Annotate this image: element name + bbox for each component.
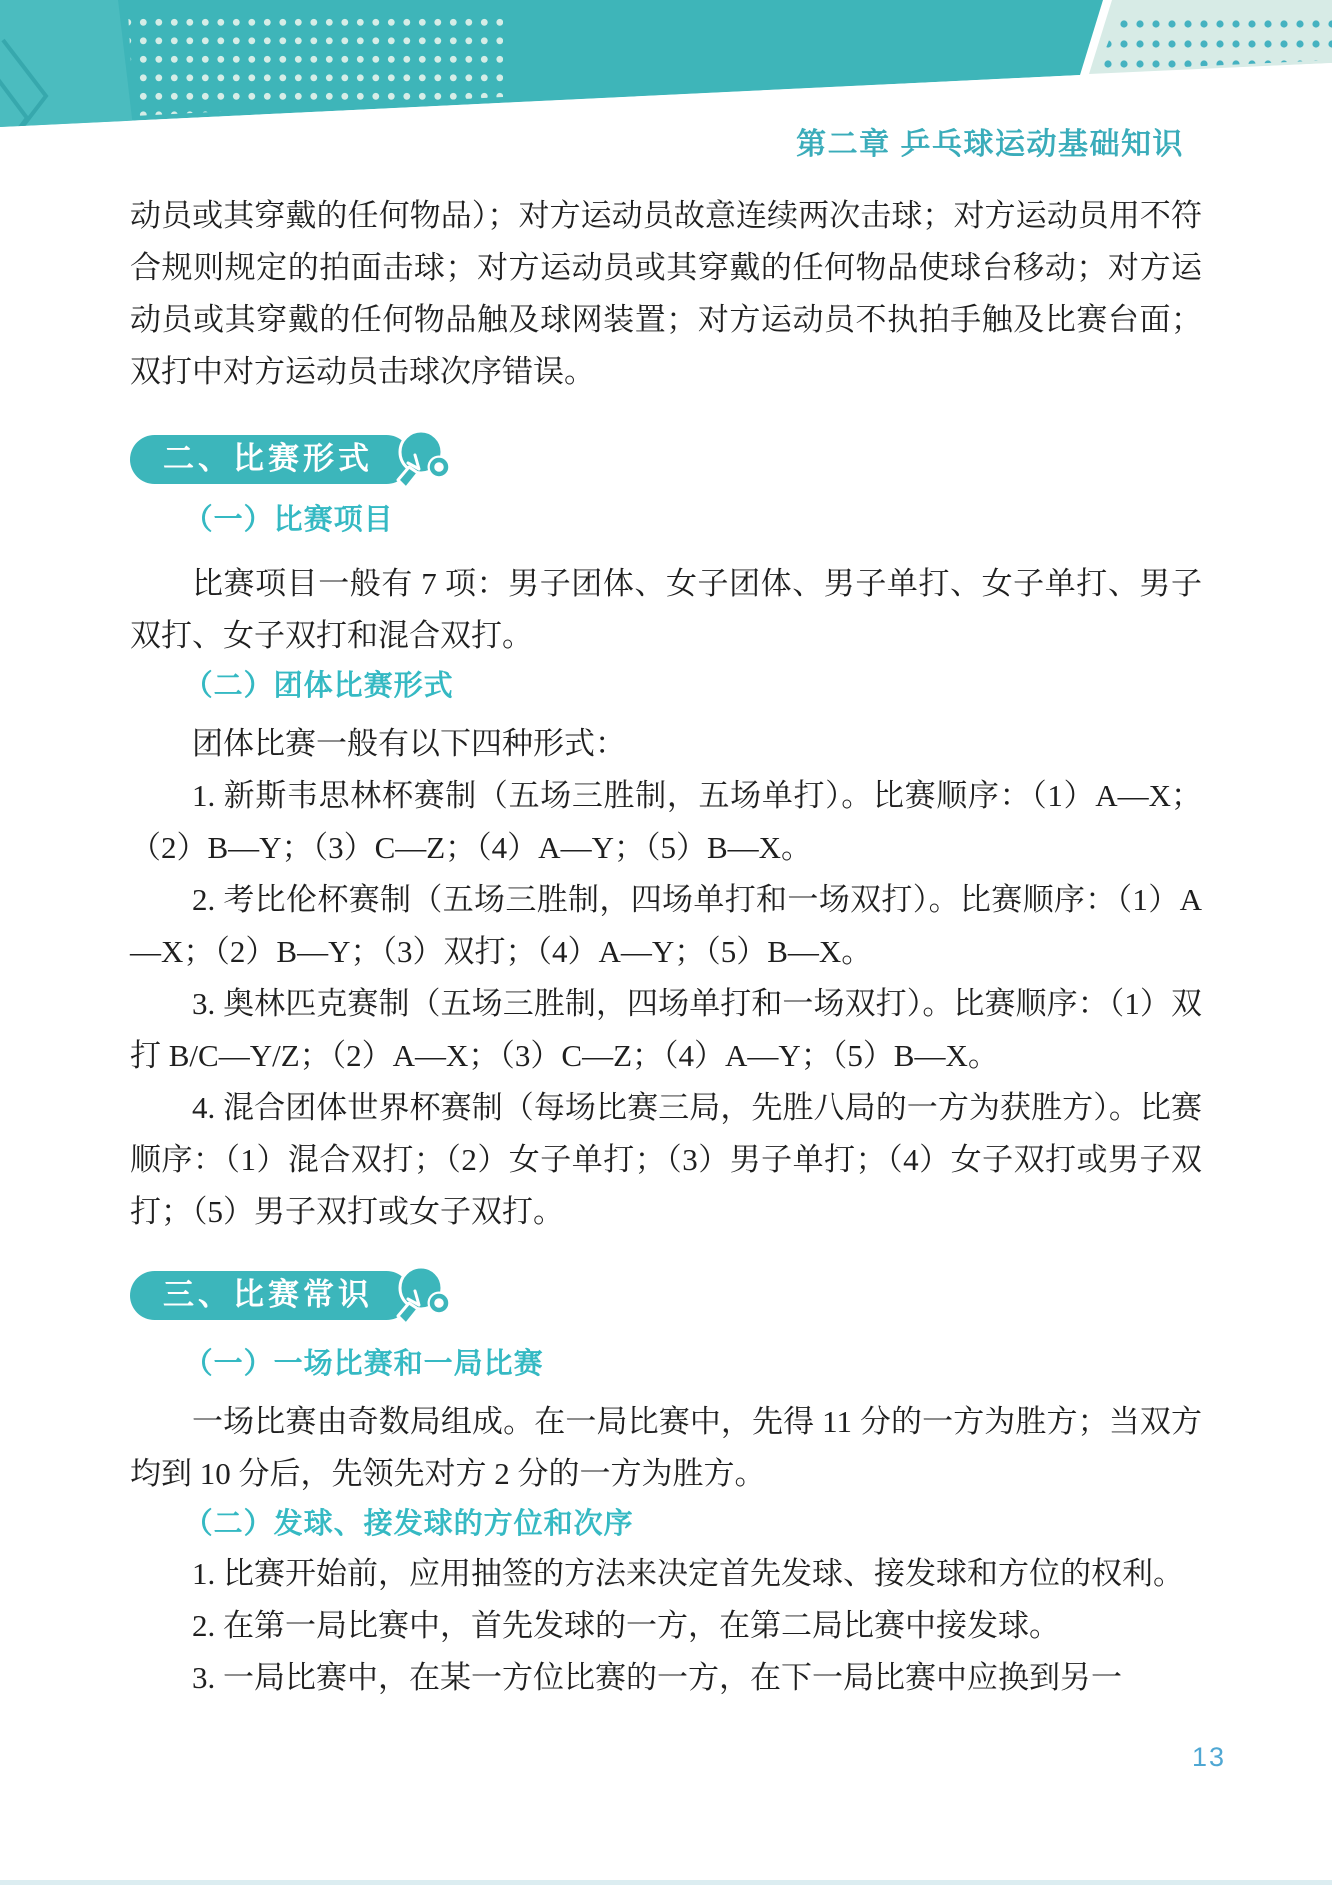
- content-column: 动员或其穿戴的任何物品）；对方运动员故意连续两次击球；对方运动员用不符合规则规定…: [130, 0, 1202, 1704]
- list-item: 1. 比赛开始前，应用抽签的方法来决定首先发球、接发球和方位的权利。: [130, 1548, 1202, 1600]
- section-pill-label: 三、比赛常识: [163, 1269, 373, 1321]
- section-pill: 三、比赛常识: [130, 1271, 411, 1320]
- paragraph: 比赛项目一般有 7 项：男子团体、女子团体、男子单打、女子单打、男子双打、女子双…: [130, 558, 1202, 662]
- page-number: 13: [1192, 1742, 1226, 1773]
- list-item: 3. 奥林匹克赛制（五场三胜制，四场单打和一场双打）。比赛顺序：（1）双打 B/…: [130, 978, 1202, 1082]
- paragraph-continuation: 动员或其穿戴的任何物品）；对方运动员故意连续两次击球；对方运动员用不符合规则规定…: [130, 190, 1202, 398]
- list-item: 4. 混合团体世界杯赛制（每场比赛三局，先胜八局的一方为获胜方）。比赛顺序：（1…: [130, 1082, 1202, 1238]
- section-pill: 二、比赛形式: [130, 435, 411, 484]
- list-item: 3. 一局比赛中，在某一方位比赛的一方，在下一局比赛中应换到另一: [130, 1652, 1202, 1704]
- section-pill-label: 二、比赛形式: [163, 433, 373, 485]
- subsection-title: （一）比赛项目: [130, 496, 1202, 544]
- table-tennis-paddle-icon: [395, 428, 453, 490]
- bottom-edge-strip: [0, 1880, 1332, 1885]
- section-heading-row-3: 三、比赛常识: [130, 1264, 1202, 1326]
- subsection-title: （一）一场比赛和一局比赛: [130, 1340, 1202, 1388]
- paragraph: 团体比赛一般有以下四种形式：: [130, 718, 1202, 770]
- subsection-title: （二）团体比赛形式: [130, 662, 1202, 710]
- book-page: 第二章 乒乓球运动基础知识 动员或其穿戴的任何物品）；对方运动员故意连续两次击球…: [0, 0, 1332, 1885]
- list-item: 1. 新斯韦思林杯赛制（五场三胜制，五场单打）。比赛顺序：（1）A—X；（2）B…: [130, 770, 1202, 874]
- list-item: 2. 考比伦杯赛制（五场三胜制，四场单打和一场双打）。比赛顺序：（1）A—X；（…: [130, 874, 1202, 978]
- list-item: 2. 在第一局比赛中，首先发球的一方，在第二局比赛中接发球。: [130, 1600, 1202, 1652]
- paragraph: 一场比赛由奇数局组成。在一局比赛中，先得 11 分的一方为胜方；当双方均到 10…: [130, 1396, 1202, 1500]
- section-heading-row-2: 二、比赛形式: [130, 428, 1202, 490]
- subsection-title: （二）发球、接发球的方位和次序: [130, 1500, 1202, 1548]
- table-tennis-paddle-icon: [395, 1264, 453, 1326]
